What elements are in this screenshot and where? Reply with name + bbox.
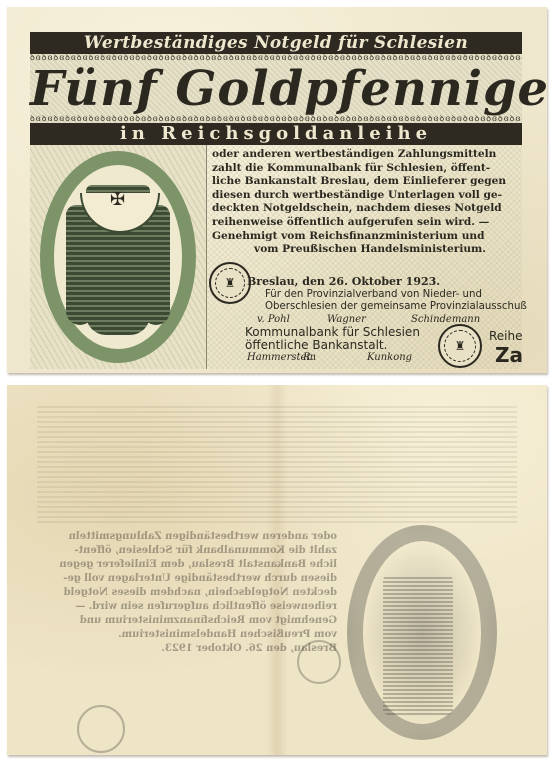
signature: Schindemann	[411, 314, 480, 325]
ghost-line: oder anderen wertbeständigen Zahlungsmit…	[37, 530, 337, 544]
signature: Wagner	[327, 314, 366, 325]
eagle-vignette: ✠	[30, 145, 207, 369]
promise-line: diesen durch wertbeständige Unterlagen v…	[212, 189, 528, 203]
promise-line: zahlt die Kommunalbank für Schlesien, öf…	[212, 162, 528, 176]
promise-line: Genehmigt vom Reichsfinanzministerium un…	[212, 230, 528, 244]
series-label: Reihe	[489, 329, 523, 343]
promise-line: liche Bankanstalt Breslau, dem Einliefer…	[212, 175, 528, 189]
provincial-seal-icon: ♜	[209, 262, 251, 304]
issuer-text: Für den Provinzialverband von Nieder- un…	[265, 289, 527, 313]
scroll-ornament-bottom: ꝺɞꝺɞꝺɞꝺɞꝺɞꝺɞꝺɞꝺɞꝺɞꝺɞꝺɞꝺɞꝺɞꝺɞꝺɞꝺɞꝺɞꝺɞꝺɞꝺɞ…	[30, 115, 522, 123]
signature: v. Pohl	[257, 314, 290, 325]
ghost-line: zahlt die Kommunalbank für Schlesien, öf…	[37, 544, 337, 558]
header-band: Wertbeständiges Notgeld für Schlesien	[30, 32, 522, 54]
issue-date: Breslau, den 26. Oktober 1923.	[247, 275, 440, 288]
denomination-panel: ꝺɞꝺɞꝺɞꝺɞꝺɞꝺɞꝺɞꝺɞꝺɞꝺɞꝺɞꝺɞꝺɞꝺɞꝺɞꝺɞꝺɞꝺɞꝺɞꝺɞ…	[30, 54, 522, 123]
ghost-line: Breslau, den 26. Oktober 1923.	[37, 642, 337, 656]
bank-line: öffentliche Bankanstalt.	[245, 339, 420, 352]
promise-line: oder anderen wertbeständigen Zahlungsmit…	[212, 148, 528, 162]
ghost-line: vom Preußischen Handelsministerium.	[37, 628, 337, 642]
bleed-through-text: oder anderen wertbeständigen Zahlungsmit…	[37, 530, 337, 656]
ghost-line: liche Bankanstalt Breslau, dem Einliefer…	[37, 558, 337, 572]
banknote-front: Wertbeständiges Notgeld für Schlesien ꝺɞ…	[7, 7, 547, 373]
signature: R.	[303, 352, 314, 363]
bank-seal-icon: ♜	[438, 324, 482, 368]
banknote-back: oder anderen wertbeständigen Zahlungsmit…	[7, 385, 547, 755]
promise-line: deckten Notgeldschein, nachdem dieses No…	[212, 202, 528, 216]
ghost-line: deckten Notgeldschein, nachdem dieses No…	[37, 586, 337, 600]
signature: Kunkong	[367, 352, 412, 363]
ghost-line: diesen durch wertbeständige Unterlagen v…	[37, 572, 337, 586]
cross-icon: ✠	[110, 191, 125, 209]
denomination-title: Fünf Goldpfennige	[30, 60, 522, 118]
series-value: Za	[495, 343, 523, 367]
bank-text: Kommunalbank für Schlesien öffentliche B…	[245, 326, 420, 352]
promise-line: vom Preußischen Handelsministerium.	[212, 243, 528, 257]
issuer-line: Für den Provinzialverband von Nieder- un…	[265, 289, 527, 301]
sub-band: in Reichsgoldanleihe	[30, 123, 522, 145]
promise-text: oder anderen wertbeständigen Zahlungsmit…	[212, 148, 528, 257]
ghost-line: reihenweise öffentlich aufgerufen sein w…	[37, 600, 337, 614]
bleed-through-seal-icon	[77, 705, 125, 753]
bleed-through-seal-icon	[297, 640, 341, 684]
issuer-line: Oberschlesien der gemeinsame Provinziala…	[265, 301, 527, 313]
bleed-through-eagle-icon	[383, 575, 453, 715]
bleed-through-header	[37, 403, 517, 523]
ghost-line: Genehmigt vom Reichsfinanzministerium un…	[37, 614, 337, 628]
promise-line: reihenweise öffentlich aufgerufen sein w…	[212, 216, 528, 230]
